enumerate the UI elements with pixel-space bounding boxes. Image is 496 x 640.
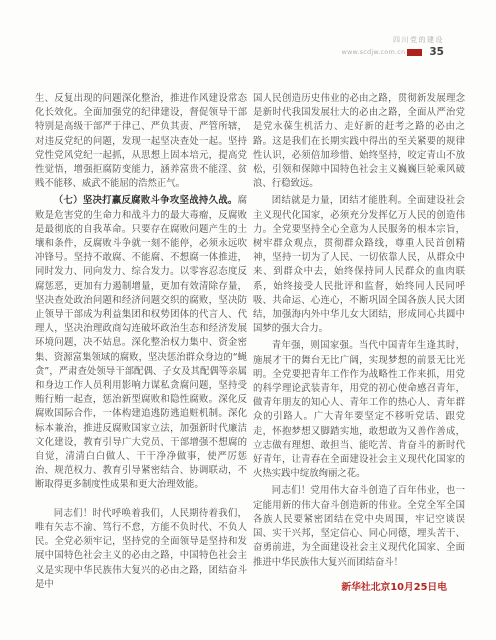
left-column-paragraphs: 生、反复出现的问题深化整治，推进作风建设常态化长效化。全面加强党的纪律建设，督促… [35, 92, 247, 592]
article-right-column: 国人民创造历史伟业的必由之路，贯彻新发展理念是新时代我国发展壮大的必由之路，全面… [253, 92, 465, 624]
magazine-title: 四川党的建设 [341, 36, 444, 45]
news-agency-byline: 新华社北京10月25日电 [253, 581, 465, 595]
page-number: 35 [429, 46, 444, 58]
paragraph: 同志们！时代呼唤着我们，人民期待着我们，唯有矢志不渝、笃行不怠，方能不负时代、不… [35, 507, 247, 592]
paragraph: 国人民创造历史伟业的必由之路，贯彻新发展理念是新时代我国发展壮大的必由之路，全面… [253, 92, 465, 191]
masthead: 四川党的建设 www.scdjw.com.cn 35 [341, 36, 444, 58]
paragraph: 同志们！党用伟大奋斗创造了百年伟业，也一定能用新的伟大奋斗创造新的伟业。全党全军… [253, 484, 465, 569]
masthead-red-badge-icon [407, 49, 422, 56]
paragraph: 青年强，则国家强。当代中国青年生逢其时，施展才干的舞台无比广阔，实现梦想的前景无… [253, 339, 465, 481]
paragraph: （七）坚决打赢反腐败斗争攻坚战持久战。腐败是危害党的生命力和战斗力的最大毒瘤，反… [35, 194, 247, 492]
paragraph: 生、反复出现的问题深化整治，推进作风建设常态化长效化。全面加强党的纪律建设，督促… [35, 92, 247, 191]
paragraph: 团结就是力量，团结才能胜利。全面建设社会主义现代化国家，必须充分发挥亿万人民的创… [253, 194, 465, 336]
article-left-column: 生、反复出现的问题深化整治，推进作风建设常态化长效化。全面加强党的纪律建设，督促… [35, 92, 247, 624]
magazine-website: www.scdjw.com.cn [341, 48, 405, 56]
right-column-paragraphs: 国人民创造历史伟业的必由之路，贯彻新发展理念是新时代我国发展壮大的必由之路，全面… [253, 92, 465, 570]
section-heading: （七）坚决打赢反腐败斗争攻坚战持久战。 [54, 195, 238, 206]
magazine-page: 四川党的建设 www.scdjw.com.cn 35 生、反复出现的问题深化整治… [0, 0, 496, 640]
